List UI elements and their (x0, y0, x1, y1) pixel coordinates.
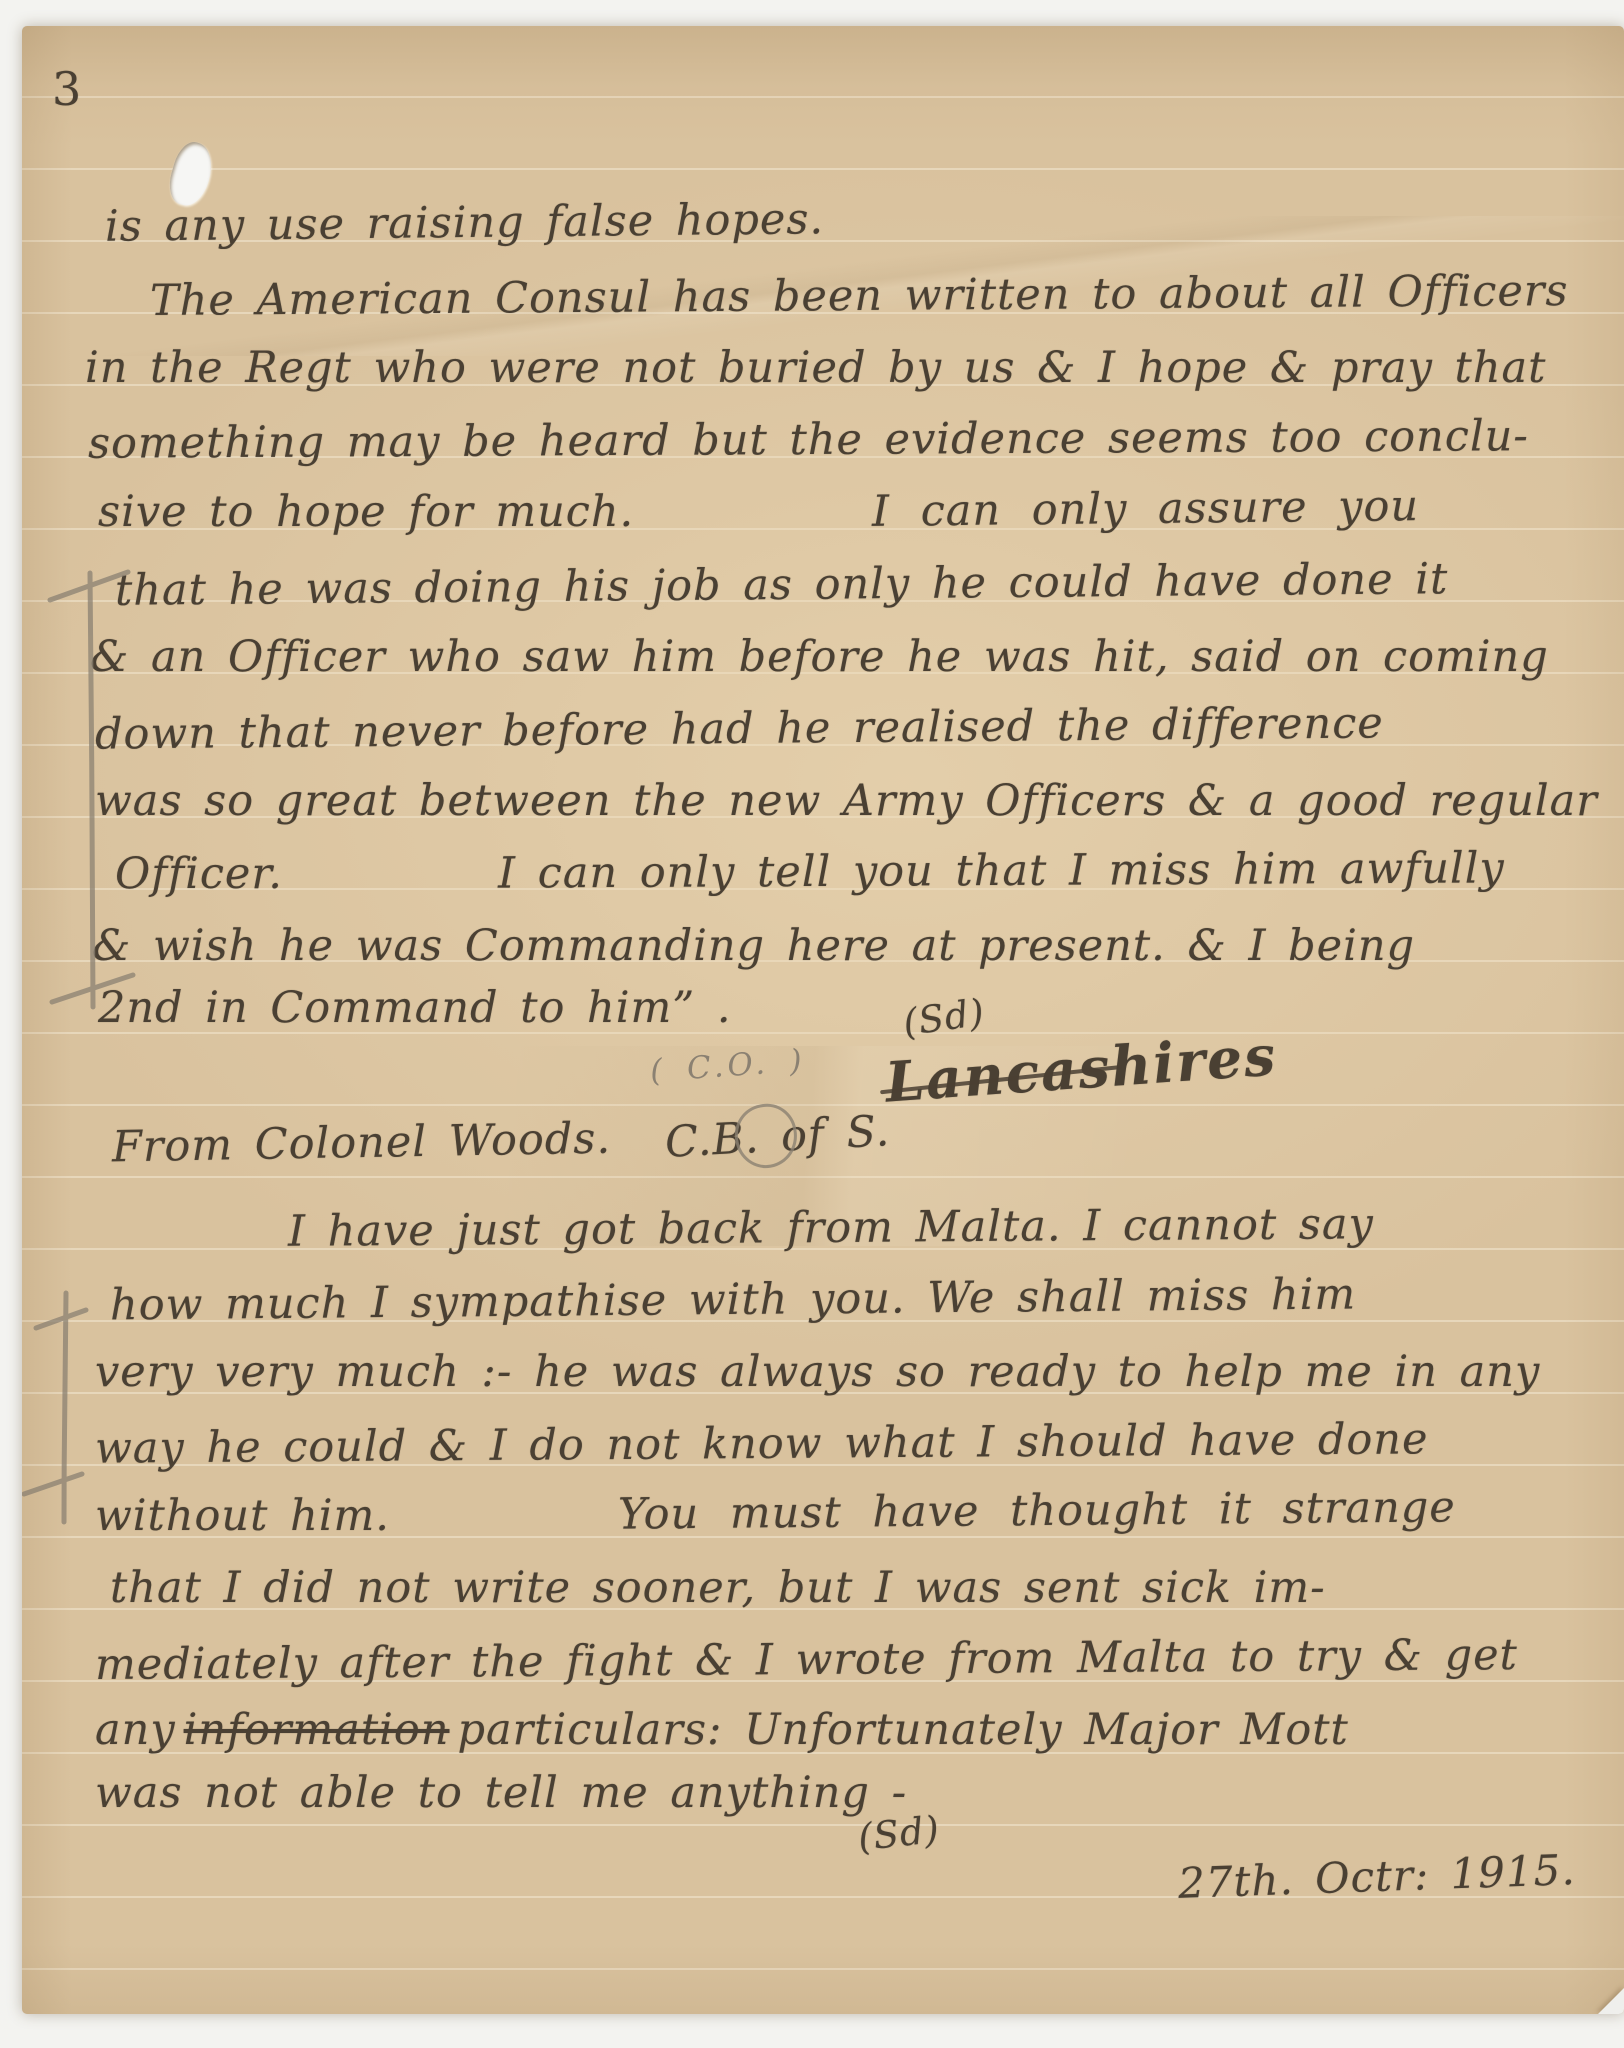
handwritten-line: without him. (95, 1491, 390, 1541)
letter-paper: 3 is any use raising false hopes. The Am… (22, 26, 1624, 2014)
pencil-annotation: ( C.O. ) (649, 1043, 807, 1090)
handwritten-line: was not able to tell me anything - (95, 1768, 907, 1818)
handwritten-line: that I did not write sooner, but I was s… (110, 1563, 1326, 1613)
handwritten-line: way he could & I do not know what I shou… (95, 1414, 1429, 1473)
bracket-tick-bottom-2 (24, 1474, 82, 1494)
handwritten-line: mediately after the fight & I wrote from… (95, 1630, 1518, 1690)
handwritten-line: very very much :- he was always so ready… (95, 1347, 1540, 1397)
handwritten-line: in the Regt who were not buried by us & … (85, 343, 1546, 393)
corner-fold (1598, 1988, 1624, 2014)
struck-out-word: information (184, 1705, 450, 1755)
handwritten-line: something may be heard but the evidence … (88, 411, 1529, 469)
handwritten-line: how much I sympathise with you. We shall… (110, 1270, 1357, 1331)
line-fragment: particulars: Unfortunately Major Mott (457, 1705, 1348, 1755)
handwritten-line: is any use raising false hopes. (105, 194, 825, 252)
scanned-letter-page: 3 is any use raising false hopes. The Am… (0, 0, 1624, 2048)
line-fragment: any (95, 1705, 176, 1755)
attribution-from: From Colonel Woods. (112, 1114, 612, 1173)
handwritten-line: Officer. (115, 849, 283, 899)
handwritten-line: I can only tell you that I miss him awfu… (498, 843, 1505, 898)
handwritten-line: You must have thought it strange (618, 1482, 1456, 1539)
handwritten-line: I can only assure you (872, 481, 1420, 537)
bracket-tick-top-2 (36, 1310, 86, 1328)
signed-abbreviation: (Sd) (900, 991, 987, 1045)
handwritten-line: that he was doing his job as only he cou… (115, 554, 1449, 616)
handwritten-line: & wish he was Commanding here at present… (92, 921, 1415, 971)
bracket-vertical-2 (64, 1293, 66, 1522)
handwritten-line: & an Officer who saw him before he was h… (90, 632, 1549, 682)
handwritten-line: down that never before had he realised t… (95, 698, 1384, 759)
handwritten-line: I have just got back from Malta. I canno… (288, 1199, 1374, 1257)
handwritten-line: 2nd in Command to him” . (98, 983, 732, 1033)
handwritten-line: sive to hope for much. (98, 487, 634, 537)
punch-hole (164, 138, 218, 210)
handwritten-line: The American Consul has been written to … (150, 266, 1569, 326)
signed-abbreviation: (Sd) (856, 1808, 942, 1859)
page-number: 3 (52, 62, 81, 116)
handwritten-line: was so great between the new Army Office… (95, 776, 1598, 826)
handwritten-line: anyinformationparticulars: Unfortunately… (95, 1705, 1349, 1755)
date-line: 27th. Octr: 1915. (1177, 1845, 1576, 1908)
